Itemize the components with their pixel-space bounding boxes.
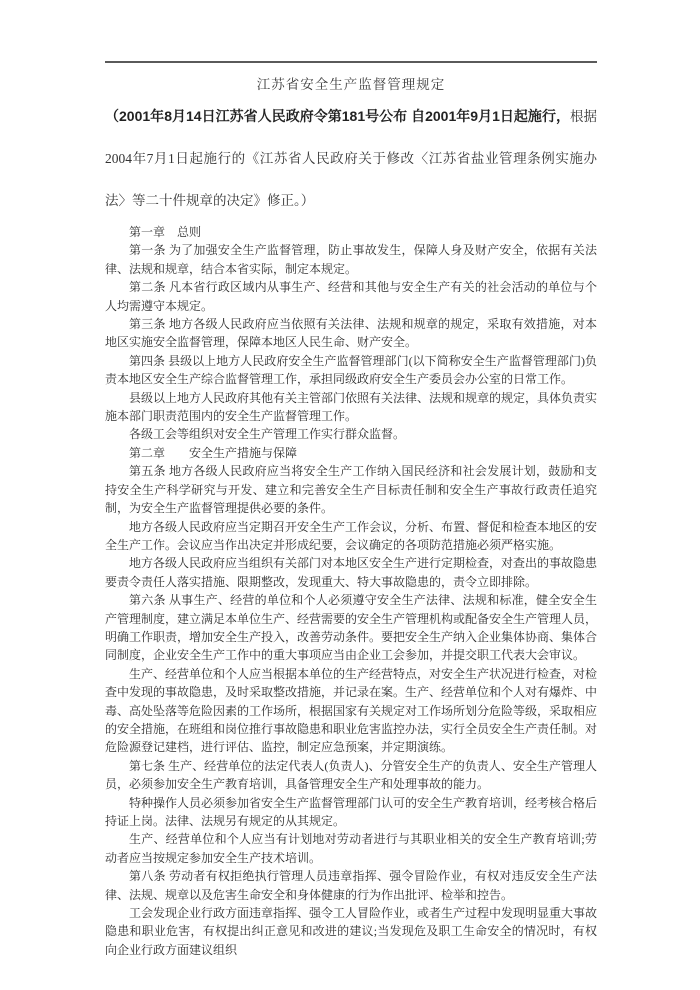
chapter-heading: 第一章 总则 [105, 223, 597, 241]
top-divider [105, 61, 597, 63]
paragraph: 生产、经营单位和个人应当根据本单位的生产经营特点，对安全生产状况进行检查，对检查… [105, 665, 597, 757]
chapter-heading: 第二章 安全生产措施与保障 [105, 444, 597, 462]
document-title: 江苏省安全生产监督管理规定 [105, 75, 597, 95]
paragraph: 各级工会等组织对安全生产管理工作实行群众监督。 [105, 425, 597, 443]
paragraph: 工会发现企业行政方面违章指挥、强令工人冒险作业，或者生产过程中发现明显重大事故隐… [105, 904, 597, 959]
paragraph: 地方各级人民政府应当定期召开安全生产工作会议，分析、布置、督促和检查本地区的安全… [105, 518, 597, 555]
paragraph: 第六条 从事生产、经营的单位和个人必须遵守安全生产法律、法规和标准，健全安全生产… [105, 591, 597, 665]
preamble-bold-text: （2001年8月14日江苏省人民政府令第181号公布 自2001年9月1日起施行… [105, 108, 570, 124]
paragraph: 第四条 县级以上地方人民政府安全生产监督管理部门(以下简称安全生产监督管理部门)… [105, 352, 597, 389]
document-page: 江苏省安全生产监督管理规定 （2001年8月14日江苏省人民政府令第181号公布… [105, 61, 597, 959]
paragraph: 县级以上地方人民政府其他有关主管部门依照有关法律、法规和规章的规定，具体负责实施… [105, 389, 597, 426]
paragraph: 第五条 地方各级人民政府应当将安全生产工作纳入国民经济和社会发展计划，鼓励和支持… [105, 462, 597, 517]
paragraph: 第八条 劳动者有权拒绝执行管理人员违章指挥、强令冒险作业，有权对违反安全生产法律… [105, 867, 597, 904]
paragraph: 特种操作人员必须参加省安全生产监督管理部门认可的安全生产教育培训，经考核合格后持… [105, 794, 597, 831]
paragraph: 第七条 生产、经营单位的法定代表人(负责人)、分管安全生产的负责人、安全生产管理… [105, 757, 597, 794]
paragraph: 第一条 为了加强安全生产监督管理，防止事故发生，保障人身及财产安全，依据有关法律… [105, 241, 597, 278]
paragraph: 生产、经营单位和个人应当有计划地对劳动者进行与其职业相关的安全生产教育培训;劳动… [105, 830, 597, 867]
paragraph: 第二条 凡本省行政区域内从事生产、经营和其他与安全生产有关的社会活动的单位与个人… [105, 278, 597, 315]
paragraph: 地方各级人民政府应当组织有关部门对本地区安全生产进行定期检查，对查出的事故隐患要… [105, 554, 597, 591]
document-body: 第一章 总则第一条 为了加强安全生产监督管理，防止事故发生，保障人身及财产安全，… [105, 223, 597, 959]
preamble: （2001年8月14日江苏省人民政府令第181号公布 自2001年9月1日起施行… [105, 95, 597, 222]
paragraph: 第三条 地方各级人民政府应当依照有关法律、法规和规章的规定，采取有效措施，对本地… [105, 315, 597, 352]
